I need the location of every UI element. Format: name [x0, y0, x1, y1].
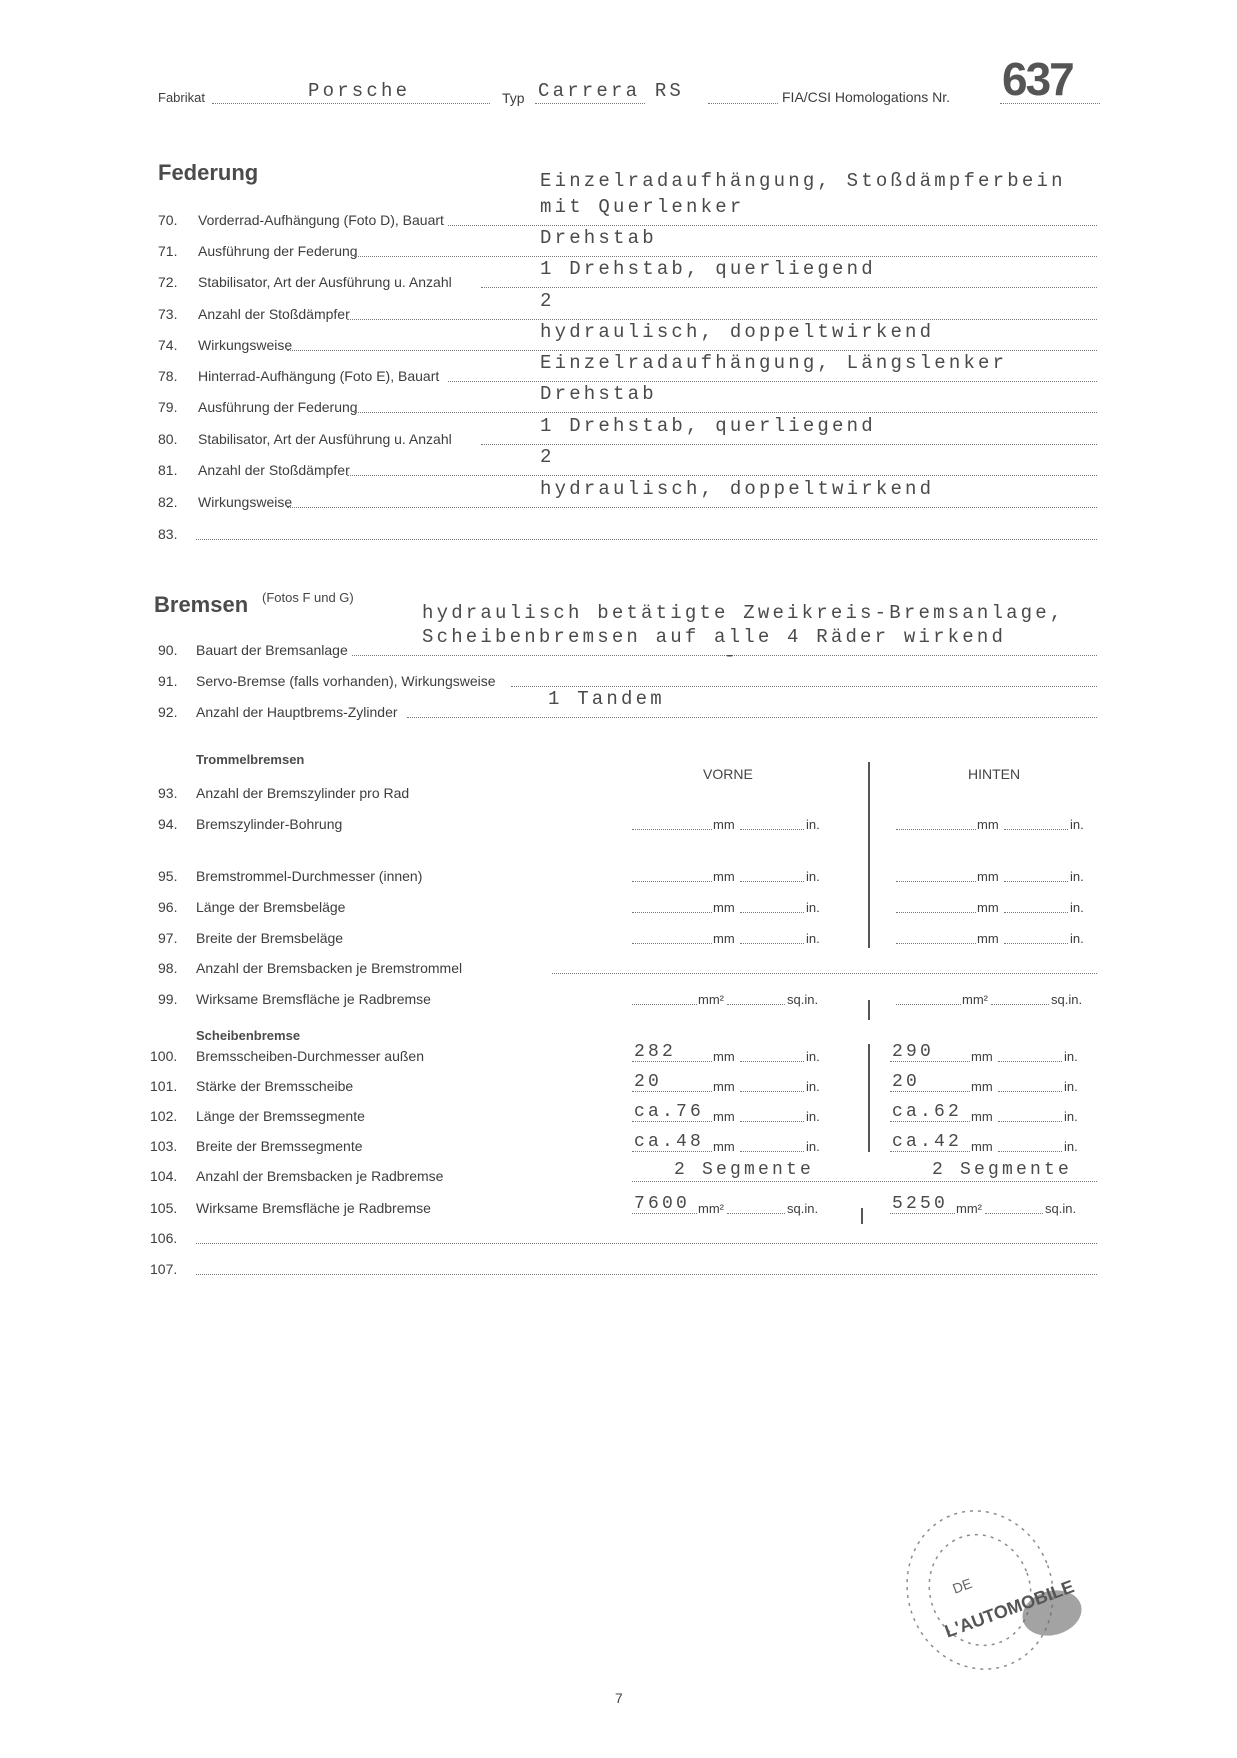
- measure-value: 290: [892, 1042, 934, 1062]
- item-number: 105.: [150, 1200, 177, 1216]
- section-title-bremsen: Bremsen: [154, 592, 248, 618]
- column-header-vorne: VORNE: [703, 766, 753, 782]
- item-value: hydraulisch, doppeltwirkend: [540, 478, 934, 500]
- measure-value: 2 Segmente: [932, 1160, 1072, 1180]
- item-label: Anzahl der Hauptbrems-Zylinder: [196, 704, 398, 720]
- unit-label: mm: [713, 869, 735, 884]
- item-number: 101.: [150, 1078, 177, 1094]
- unit-label: in.: [1070, 931, 1084, 946]
- column-divider: [861, 1208, 863, 1224]
- item-value: -: [724, 645, 739, 667]
- unit-label: in.: [806, 931, 820, 946]
- unit-label: in.: [1064, 1079, 1078, 1094]
- unit-label: mm: [713, 1079, 735, 1094]
- measure-value: 2 Segmente: [674, 1160, 814, 1180]
- unit-label: in.: [806, 1139, 820, 1154]
- item-number: 90.: [158, 642, 177, 658]
- homologation-number: 637: [1002, 52, 1073, 106]
- column-divider: [868, 762, 870, 948]
- measure-value: ca.62: [892, 1102, 962, 1122]
- section-title-federung: Federung: [158, 160, 258, 186]
- unit-label: in.: [806, 869, 820, 884]
- item-label: Ausführung der Federung: [198, 399, 358, 415]
- unit-label: mm²: [698, 1201, 724, 1216]
- item-number: 100.: [150, 1048, 177, 1064]
- unit-label: sq.in.: [1051, 992, 1082, 1007]
- item-label: Länge der Bremssegmente: [196, 1108, 365, 1124]
- item-number: 107.: [150, 1261, 177, 1277]
- unit-label: sq.in.: [787, 992, 818, 1007]
- item-number: 92.: [158, 704, 177, 720]
- item-number: 97.: [158, 930, 177, 946]
- unit-label: in.: [1070, 900, 1084, 915]
- item-number: 106.: [150, 1230, 177, 1246]
- unit-label: mm: [977, 869, 999, 884]
- item-label: Vorderrad-Aufhängung (Foto D), Bauart: [198, 212, 444, 228]
- item-label: Ausführung der Federung: [198, 243, 358, 259]
- item-label: Anzahl der Stoßdämpfer: [198, 462, 350, 478]
- unit-label: mm: [713, 931, 735, 946]
- item-number: 94.: [158, 816, 177, 832]
- homologation-label: FIA/CSI Homologations Nr.: [782, 89, 950, 105]
- unit-label: in.: [806, 817, 820, 832]
- fabrikat-label: Fabrikat: [158, 90, 205, 105]
- item-number: 70.: [158, 212, 184, 228]
- item-value: 2: [540, 290, 555, 312]
- unit-label: mm: [977, 817, 999, 832]
- unit-label: mm: [713, 1049, 735, 1064]
- unit-label: mm²: [962, 992, 988, 1007]
- unit-label: in.: [806, 1079, 820, 1094]
- unit-label: in.: [1064, 1049, 1078, 1064]
- svg-text:DE: DE: [950, 1575, 974, 1597]
- unit-label: sq.in.: [1045, 1201, 1076, 1216]
- item-number: 83.: [158, 526, 184, 542]
- measure-value: 20: [892, 1072, 920, 1092]
- measure-value: ca.42: [892, 1132, 962, 1152]
- unit-label: mm: [713, 1109, 735, 1124]
- item-label: Anzahl der Bremsbacken je Bremstrommel: [196, 960, 462, 976]
- item-label: Wirkungsweise: [198, 494, 292, 510]
- item-label: Stärke der Bremsscheibe: [196, 1078, 353, 1094]
- subsection-title-trommel: Trommelbremsen: [196, 752, 304, 767]
- item-number: 80.: [158, 431, 184, 447]
- item-number: 73.: [158, 306, 184, 322]
- subsection-title-scheibe: Scheibenbremse: [196, 1028, 300, 1043]
- item-number: 98.: [158, 960, 177, 976]
- item-label: Bremszylinder-Bohrung: [196, 816, 342, 832]
- item-number: 103.: [150, 1138, 177, 1154]
- official-stamp: L'AUTOMOBILE DE: [880, 1490, 1090, 1690]
- measure-value: ca.76: [634, 1102, 704, 1122]
- item-label: Anzahl der Bremszylinder pro Rad: [196, 785, 409, 801]
- item-number: 71.: [158, 243, 184, 259]
- item-label: Bremstrommel-Durchmesser (innen): [196, 868, 422, 884]
- unit-label: in.: [806, 900, 820, 915]
- item-number: 74.: [158, 337, 184, 353]
- unit-label: mm: [971, 1139, 993, 1154]
- measure-value: ca.48: [634, 1132, 704, 1152]
- unit-label: mm: [713, 817, 735, 832]
- item-value: Drehstab: [540, 383, 657, 405]
- item-label: Anzahl der Stoßdämpfer: [198, 306, 350, 322]
- unit-label: mm: [713, 1139, 735, 1154]
- fabrikat-value: Porsche: [308, 80, 410, 102]
- unit-label: mm: [977, 900, 999, 915]
- measure-value: 7600: [634, 1194, 690, 1214]
- item-value: hydraulisch, doppeltwirkend: [540, 321, 934, 343]
- item-value: mit Querlenker: [540, 196, 744, 218]
- unit-label: in.: [1070, 817, 1084, 832]
- item-number: 99.: [158, 991, 177, 1007]
- item-value: Einzelradaufhängung, Längslenker: [540, 352, 1007, 374]
- unit-label: mm: [971, 1109, 993, 1124]
- unit-label: in.: [1070, 869, 1084, 884]
- item-label: Breite der Bremssegmente: [196, 1138, 363, 1154]
- unit-label: in.: [806, 1109, 820, 1124]
- item-label: Wirkungsweise: [198, 337, 292, 353]
- unit-label: sq.in.: [787, 1201, 818, 1216]
- item-label: Stabilisator, Art der Ausführung u. Anza…: [198, 274, 452, 290]
- item-value: 1 Drehstab, querliegend: [540, 415, 876, 437]
- unit-label: mm: [971, 1079, 993, 1094]
- item-value: Scheibenbremsen auf alle 4 Räder wirkend: [422, 626, 1006, 648]
- measure-value: 5250: [892, 1194, 948, 1214]
- item-number: 102.: [150, 1108, 177, 1124]
- item-number: 96.: [158, 899, 177, 915]
- item-number: 95.: [158, 868, 177, 884]
- item-label: Länge der Bremsbeläge: [196, 899, 345, 915]
- section-subtitle-bremsen: (Fotos F und G): [262, 590, 354, 605]
- item-label: Anzahl der Bremsbacken je Radbremse: [196, 1168, 443, 1184]
- item-value: 1 Tandem: [548, 688, 665, 710]
- unit-label: mm: [977, 931, 999, 946]
- item-value-line1: hydraulisch betätigte Zweikreis-Bremsanl…: [422, 602, 1064, 624]
- item-label: Bremsscheiben-Durchmesser außen: [196, 1048, 424, 1064]
- item-label: Servo-Bremse (falls vorhanden), Wirkungs…: [196, 673, 496, 689]
- item-number: 81.: [158, 462, 184, 478]
- column-divider: [868, 1000, 870, 1020]
- measure-value: 20: [634, 1072, 662, 1092]
- unit-label: mm: [713, 900, 735, 915]
- item-number: 104.: [150, 1168, 177, 1184]
- column-header-hinten: HINTEN: [968, 766, 1020, 782]
- item-value-line1: Einzelradaufhängung, Stoßdämpferbein: [540, 170, 1066, 192]
- item-number: 78.: [158, 368, 184, 384]
- item-value: 2: [540, 446, 555, 468]
- unit-label: mm²: [956, 1201, 982, 1216]
- item-number: 93.: [158, 785, 177, 801]
- item-number: 72.: [158, 274, 184, 290]
- unit-label: in.: [806, 1049, 820, 1064]
- measure-value: 282: [634, 1042, 676, 1062]
- item-label: Wirksame Bremsfläche je Radbremse: [196, 991, 431, 1007]
- unit-label: in.: [1064, 1109, 1078, 1124]
- item-value: Drehstab: [540, 227, 657, 249]
- column-divider: [868, 1044, 870, 1152]
- item-number: 82.: [158, 494, 184, 510]
- unit-label: mm²: [698, 992, 724, 1007]
- unit-label: in.: [1064, 1139, 1078, 1154]
- typ-label: Typ: [502, 90, 525, 106]
- item-label: Bauart der Bremsanlage: [196, 642, 348, 658]
- item-number: 91.: [158, 673, 177, 689]
- typ-value: Carrera RS: [538, 80, 684, 102]
- item-label: Wirksame Bremsfläche je Radbremse: [196, 1200, 431, 1216]
- item-label: Breite der Bremsbeläge: [196, 930, 343, 946]
- item-number: 79.: [158, 399, 184, 415]
- item-label: Hinterrad-Aufhängung (Foto E), Bauart: [198, 368, 439, 384]
- unit-label: mm: [971, 1049, 993, 1064]
- item-label: Stabilisator, Art der Ausführung u. Anza…: [198, 431, 452, 447]
- page-number: 7: [615, 1690, 623, 1706]
- item-value: 1 Drehstab, querliegend: [540, 258, 876, 280]
